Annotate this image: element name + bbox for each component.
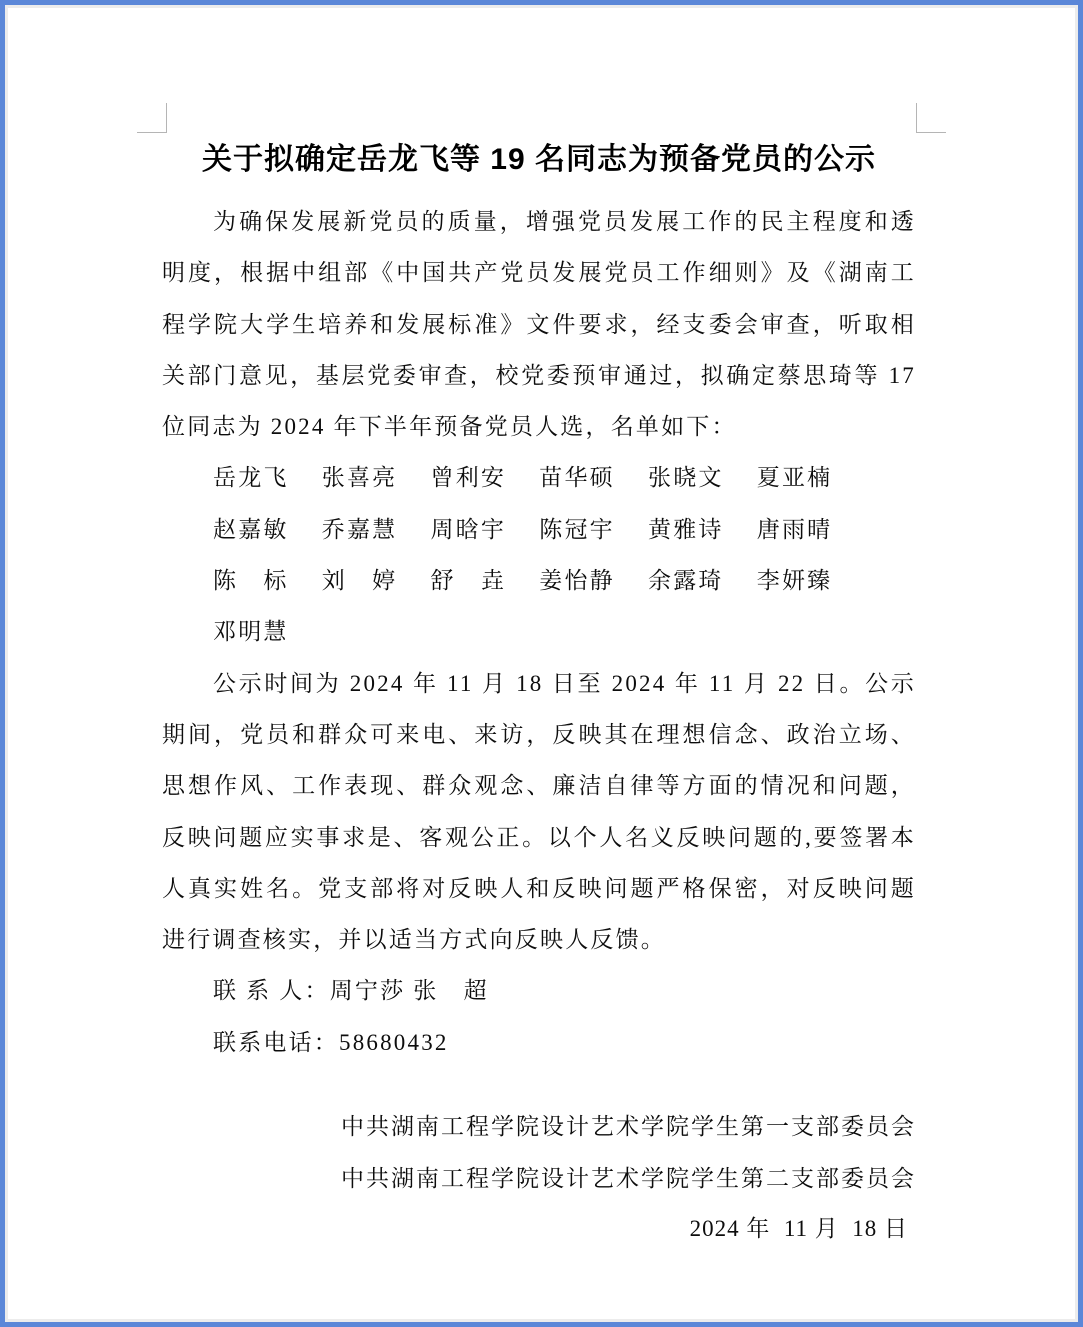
signature-block: 中共湖南工程学院设计艺术学院学生第一支部委员会 中共湖南工程学院设计艺术学院学生… — [162, 1101, 916, 1253]
signature-line-2: 中共湖南工程学院设计艺术学院学生第二支部委员会 — [162, 1153, 916, 1205]
document-content: 关于拟确定岳龙飞等 19 名同志为预备党员的公示 为确保发展新党员的质量，增强党… — [162, 0, 916, 1253]
notice-period-paragraph: 公示时间为 2024 年 11 月 18 日至 2024 年 11 月 22 日… — [162, 658, 916, 966]
contact-person-line: 联 系 人：周宁莎 张 超 — [162, 965, 916, 1016]
signature-line-1: 中共湖南工程学院设计艺术学院学生第一支部委员会 — [162, 1101, 916, 1153]
name-list-row-1: 岳龙飞 张喜亮 曾利安 苗华硕 张晓文 夏亚楠 — [162, 452, 916, 503]
contact-phone-line: 联系电话：58680432 — [162, 1017, 916, 1068]
document-page: 关于拟确定岳龙飞等 19 名同志为预备党员的公示 为确保发展新党员的质量，增强党… — [0, 0, 1083, 1327]
intro-paragraph: 为确保发展新党员的质量，增强党员发展工作的民主程度和透明度，根据中组部《中国共产… — [162, 196, 916, 452]
date-line: 2024 年 11 月 18 日 — [162, 1204, 916, 1253]
name-list-row-2: 赵嘉敏 乔嘉慧 周晗宇 陈冠宇 黄雅诗 唐雨晴 — [162, 504, 916, 555]
name-list-row-3: 陈 标 刘 婷 舒 垚 姜怡静 余露琦 李妍臻 — [162, 555, 916, 606]
document-title: 关于拟确定岳龙飞等 19 名同志为预备党员的公示 — [162, 134, 916, 186]
name-list-row-4: 邓明慧 — [162, 606, 916, 657]
crop-mark-top-right — [916, 103, 946, 133]
